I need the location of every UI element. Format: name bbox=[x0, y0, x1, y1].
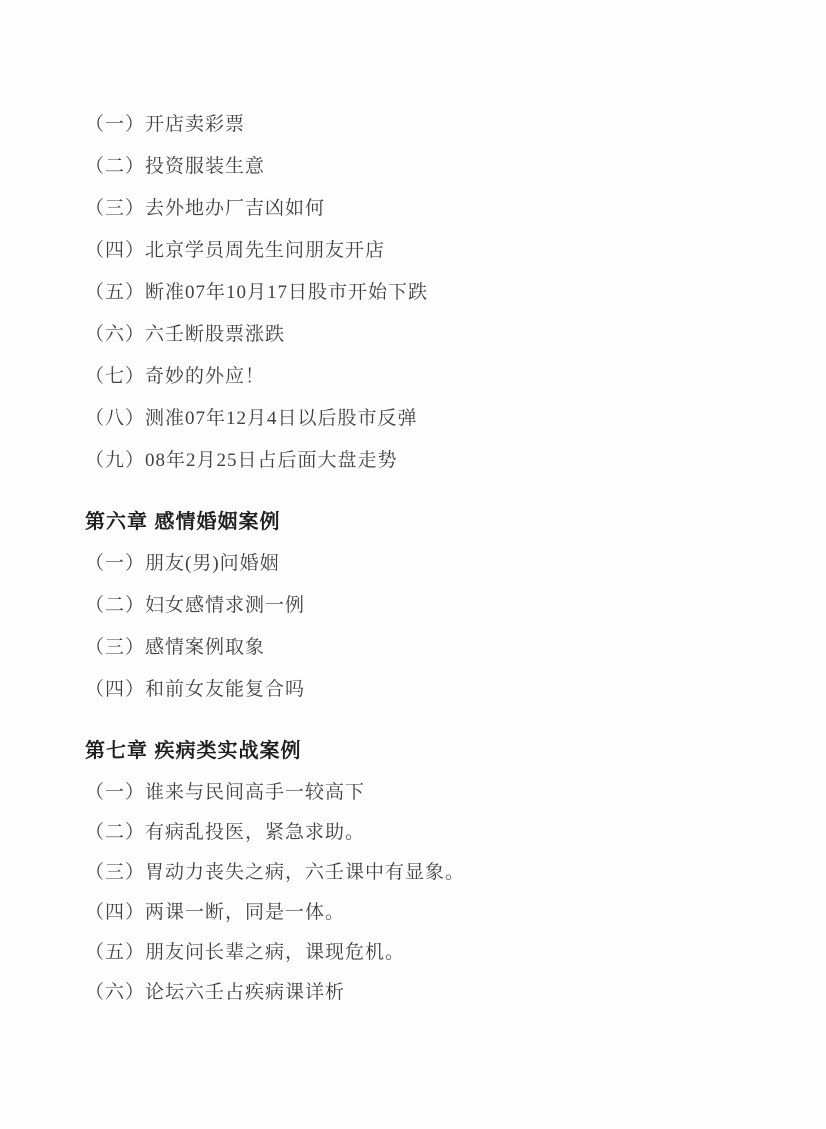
toc-item: （六）论坛六壬占疾病课详析 bbox=[85, 983, 766, 1002]
toc-item: （二）妇女感情求测一例 bbox=[85, 596, 766, 615]
section-disease-cases: 第七章 疾病类实战案例 （一）谁来与民间高手一较高下 （二）有病乱投医，紧急求助… bbox=[85, 741, 766, 1002]
toc-item: （三）胃动力丧失之病，六壬课中有显象。 bbox=[85, 863, 766, 882]
toc-item: （四）和前女友能复合吗 bbox=[85, 680, 766, 699]
toc-item: （四）北京学员周先生问朋友开店 bbox=[85, 241, 766, 260]
toc-item: （四）两课一断，同是一体。 bbox=[85, 903, 766, 922]
section-business-cases: （一）开店卖彩票 （二）投资服装生意 （三）去外地办厂吉凶如何 （四）北京学员周… bbox=[85, 115, 766, 470]
toc-item: （一）朋友(男)问婚姻 bbox=[85, 554, 766, 573]
toc-item: （二）投资服装生意 bbox=[85, 157, 766, 176]
toc-content: （一）开店卖彩票 （二）投资服装生意 （三）去外地办厂吉凶如何 （四）北京学员周… bbox=[0, 0, 826, 1002]
toc-item: （三）去外地办厂吉凶如何 bbox=[85, 199, 766, 218]
toc-item: （一）开店卖彩票 bbox=[85, 115, 766, 134]
toc-item: （七）奇妙的外应！ bbox=[85, 367, 766, 386]
toc-item: （一）谁来与民间高手一较高下 bbox=[85, 783, 766, 802]
toc-item: （六）六壬断股票涨跌 bbox=[85, 325, 766, 344]
toc-item: （五）断准07年10月17日股市开始下跌 bbox=[85, 283, 766, 302]
document-page: （一）开店卖彩票 （二）投资服装生意 （三）去外地办厂吉凶如何 （四）北京学员周… bbox=[0, 0, 826, 1129]
toc-item: （二）有病乱投医，紧急求助。 bbox=[85, 823, 766, 842]
toc-item: （八）测准07年12月4日以后股市反弹 bbox=[85, 409, 766, 428]
toc-item: （五）朋友问长辈之病，课现危机。 bbox=[85, 943, 766, 962]
chapter-heading-7: 第七章 疾病类实战案例 bbox=[85, 741, 766, 761]
toc-item: （九）08年2月25日占后面大盘走势 bbox=[85, 451, 766, 470]
section-marriage-cases: 第六章 感情婚姻案例 （一）朋友(男)问婚姻 （二）妇女感情求测一例 （三）感情… bbox=[85, 512, 766, 699]
chapter-heading-6: 第六章 感情婚姻案例 bbox=[85, 512, 766, 532]
toc-item: （三）感情案例取象 bbox=[85, 638, 766, 657]
